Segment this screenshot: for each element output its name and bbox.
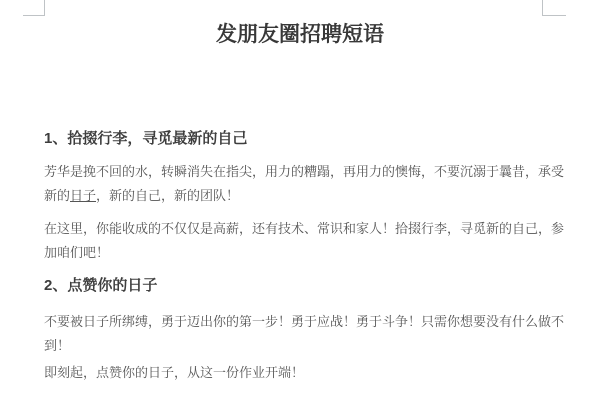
section-2-heading: 2、点赞你的日子 <box>44 277 564 295</box>
section-1-heading: 1、拾掇行李，寻觅最新的自己 <box>44 130 564 148</box>
section-2-paragraph-1: 不要被日子所绑缚，勇于迈出你的第一步！勇于应战！勇于斗争！只需你想要没有什么做不… <box>44 310 600 358</box>
paragraph-text: ，新的自己，新的团队！ <box>96 188 239 203</box>
underlined-text: 日子 <box>70 188 96 203</box>
document-page[interactable]: 发朋友圈招聘短语 1、拾掇行李，寻觅最新的自己 芳华是挽不回的水，转瞬消失在指尖… <box>0 0 600 400</box>
section-1-paragraph-2: 在这里，你能收成的不仅仅是高薪，还有技术、常识和家人！拾掇行李，寻觅新的自己，参… <box>44 217 600 265</box>
section-2-paragraph-2: 即刻起，点赞你的日子，从这一份作业开端！ <box>44 361 600 385</box>
margin-crop-mark-top-right <box>542 0 566 16</box>
page-title: 发朋友圈招聘短语 <box>0 22 600 48</box>
section-1-paragraph-1: 芳华是挽不回的水，转瞬消失在指尖，用力的糟蹋，再用力的懊悔，不要沉溺于曩昔，承受… <box>44 160 600 208</box>
margin-crop-mark-top-left <box>23 0 45 16</box>
